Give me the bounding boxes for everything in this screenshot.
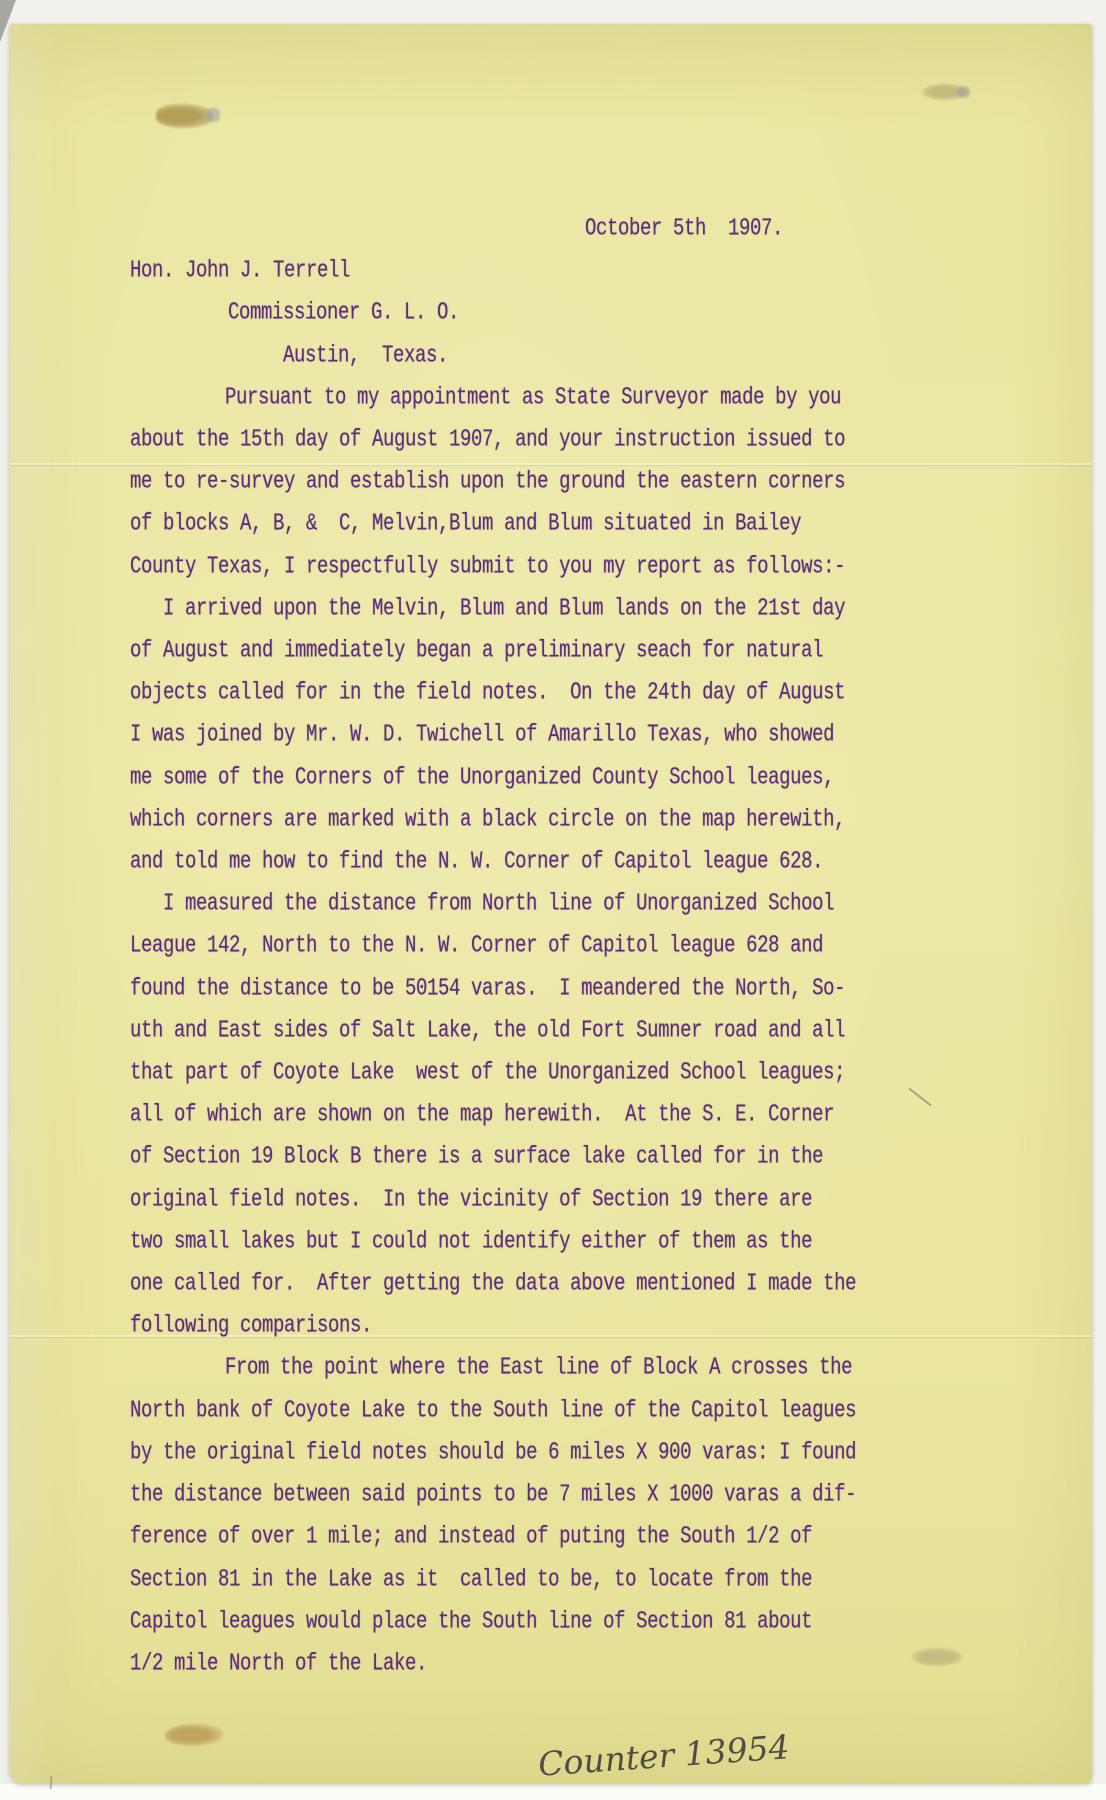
scanned-letter-page: October 5th 1907. Hon. John J. Terrell C… (0, 0, 1106, 1800)
letter-body: October 5th 1907. Hon. John J. Terrell C… (10, 24, 1092, 1784)
body-line: 1/2 mile North of the Lake. (130, 1636, 1092, 1689)
letter-paper: October 5th 1907. Hon. John J. Terrell C… (10, 24, 1092, 1784)
scanner-edge-bottom (0, 1784, 1106, 1800)
